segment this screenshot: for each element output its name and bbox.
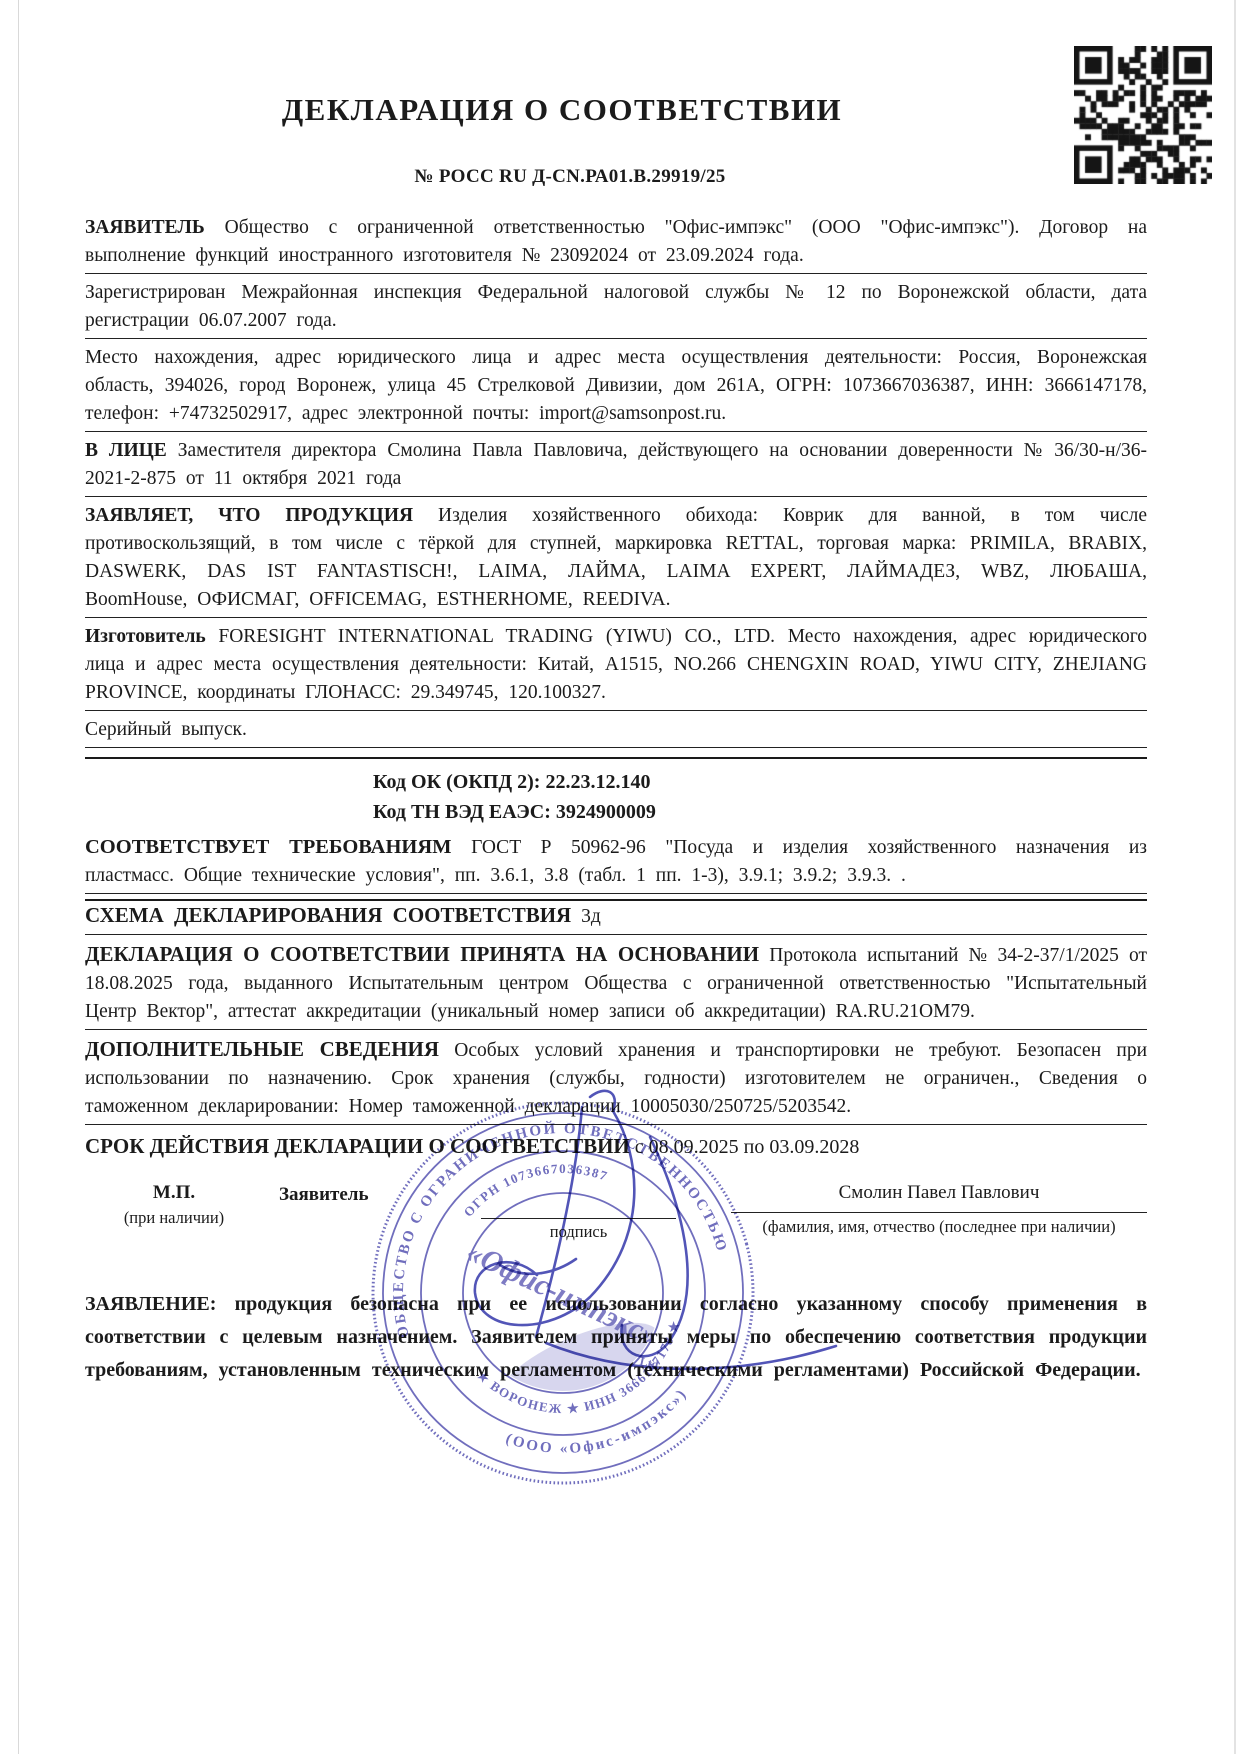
signatory-name: Смолин Павел Павлович [731, 1182, 1147, 1213]
statement-text: продукция безопасна при ее использовании… [85, 1293, 1147, 1381]
applicant-label: ЗАЯВИТЕЛЬ [85, 217, 205, 238]
person-text: Заместителя директора Смолина Павла Павл… [85, 440, 1147, 489]
svg-text:(ООО «Офис-импэкс»): (ООО «Офис-импэкс») [500, 1383, 699, 1477]
section-compliance: СООТВЕТСТВУЕТ ТРЕБОВАНИЯМ ГОСТ Р 50962-9… [85, 833, 1147, 894]
code-okpd-row: Код ОК (ОКПД 2): 22.23.12.140 [373, 767, 1147, 797]
section-address: Место нахождения, адрес юридического лиц… [85, 344, 1147, 432]
address-text: Место нахождения, адрес юридического лиц… [85, 347, 1147, 424]
section-manufacturer: Изготовитель FORESIGHT INTERNATIONAL TRA… [85, 623, 1147, 711]
registration-text: Зарегистрирован Межрайонная инспекция Фе… [85, 282, 1147, 331]
section-person: В ЛИЦЕ Заместителя директора Смолина Пав… [85, 437, 1147, 497]
product-label: ЗАЯВЛЯЕТ, ЧТО ПРОДУКЦИЯ [85, 505, 413, 526]
serial-text: Серийный выпуск. [85, 719, 247, 740]
scan-artifact-left [18, 0, 19, 1754]
scheme-label: СХЕМА ДЕКЛАРИРОВАНИЯ СООТВЕТСТВИЯ [85, 903, 571, 927]
manufacturer-label: Изготовитель [85, 626, 206, 647]
section-serial: Серийный выпуск. [85, 716, 1147, 748]
stamp-ring-bottom-text: (ООО «Офис-импэкс») [500, 1383, 699, 1477]
declaration-number: № РОСС RU Д-CN.РА01.В.29919/25 [39, 166, 1101, 188]
statement-label: ЗАЯВЛЕНИЕ: [85, 1293, 216, 1315]
signatory-name-caption: (фамилия, имя, отчество (последнее при н… [731, 1217, 1147, 1237]
signature-caption: подпись [481, 1222, 676, 1242]
code-tnved-label: Код ТН ВЭД ЕАЭС: [373, 801, 551, 823]
signatory-name-field: Смолин Павел Павлович (фамилия, имя, отч… [731, 1182, 1147, 1242]
mp-label: М.П. [99, 1182, 249, 1204]
section-validity: СРОК ДЕЙСТВИЯ ДЕКЛАРАЦИИ О СООТВЕТСТВИИ … [85, 1131, 1147, 1162]
section-applicant: ЗАЯВИТЕЛЬ Общество с ограниченной ответс… [85, 214, 1147, 274]
mp-block: М.П. (при наличии) [99, 1182, 249, 1242]
code-tnved-row: Код ТН ВЭД ЕАЭС: 3924900009 [373, 797, 1147, 827]
basis-label: ДЕКЛАРАЦИЯ О СООТВЕТСТВИИ ПРИНЯТА НА ОСН… [85, 942, 759, 966]
section-statement: ЗАЯВЛЕНИЕ: продукция безопасна при ее ис… [85, 1288, 1147, 1387]
applicant-role-label: Заявитель [279, 1182, 409, 1242]
section-registration: Зарегистрирован Межрайонная инспекция Фе… [85, 279, 1147, 339]
horizontal-rule [85, 757, 1147, 759]
signature-row: М.П. (при наличии) Заявитель подпись Смо… [85, 1182, 1147, 1242]
section-product: ЗАЯВЛЯЕТ, ЧТО ПРОДУКЦИЯ Изделия хозяйств… [85, 502, 1147, 618]
validity-value: с 08.09.2025 по 03.09.2028 [635, 1136, 860, 1158]
section-additional: ДОПОЛНИТЕЛЬНЫЕ СВЕДЕНИЯ Особых условий х… [85, 1035, 1147, 1125]
scanned-declaration-page: ДЕКЛАРАЦИЯ О СООТВЕТСТВИИ № РОСС RU Д-CN… [0, 0, 1240, 1754]
mp-note: (при наличии) [99, 1208, 249, 1228]
signature-line [481, 1182, 676, 1219]
code-tnved-value: 3924900009 [556, 801, 656, 823]
code-okpd-label: Код ОК (ОКПД 2): [373, 771, 540, 793]
applicant-text: Общество с ограниченной ответственностью… [85, 217, 1147, 266]
document-body: ДЕКЛАРАЦИЯ О СООТВЕТСТВИИ № РОСС RU Д-CN… [85, 92, 1147, 1387]
section-codes: Код ОК (ОКПД 2): 22.23.12.140 Код ТН ВЭД… [85, 767, 1147, 827]
document-title: ДЕКЛАРАЦИЯ О СООТВЕТСТВИИ [31, 92, 1093, 128]
code-okpd-value: 22.23.12.140 [545, 771, 650, 793]
additional-label: ДОПОЛНИТЕЛЬНЫЕ СВЕДЕНИЯ [85, 1037, 439, 1061]
scheme-value: 3д [581, 906, 601, 927]
section-basis: ДЕКЛАРАЦИЯ О СООТВЕТСТВИИ ПРИНЯТА НА ОСН… [85, 940, 1147, 1030]
person-label: В ЛИЦЕ [85, 440, 167, 461]
manufacturer-text: FORESIGHT INTERNATIONAL TRADING (YIWU) C… [85, 626, 1147, 703]
section-scheme: СХЕМА ДЕКЛАРИРОВАНИЯ СООТВЕТСТВИЯ 3д [85, 901, 1147, 935]
signature-field: подпись [481, 1182, 676, 1242]
scan-artifact-right [1234, 0, 1236, 1754]
compliance-label: СООТВЕТСТВУЕТ ТРЕБОВАНИЯМ [85, 836, 452, 858]
validity-label: СРОК ДЕЙСТВИЯ ДЕКЛАРАЦИИ О СООТВЕТСТВИИ [85, 1134, 630, 1158]
